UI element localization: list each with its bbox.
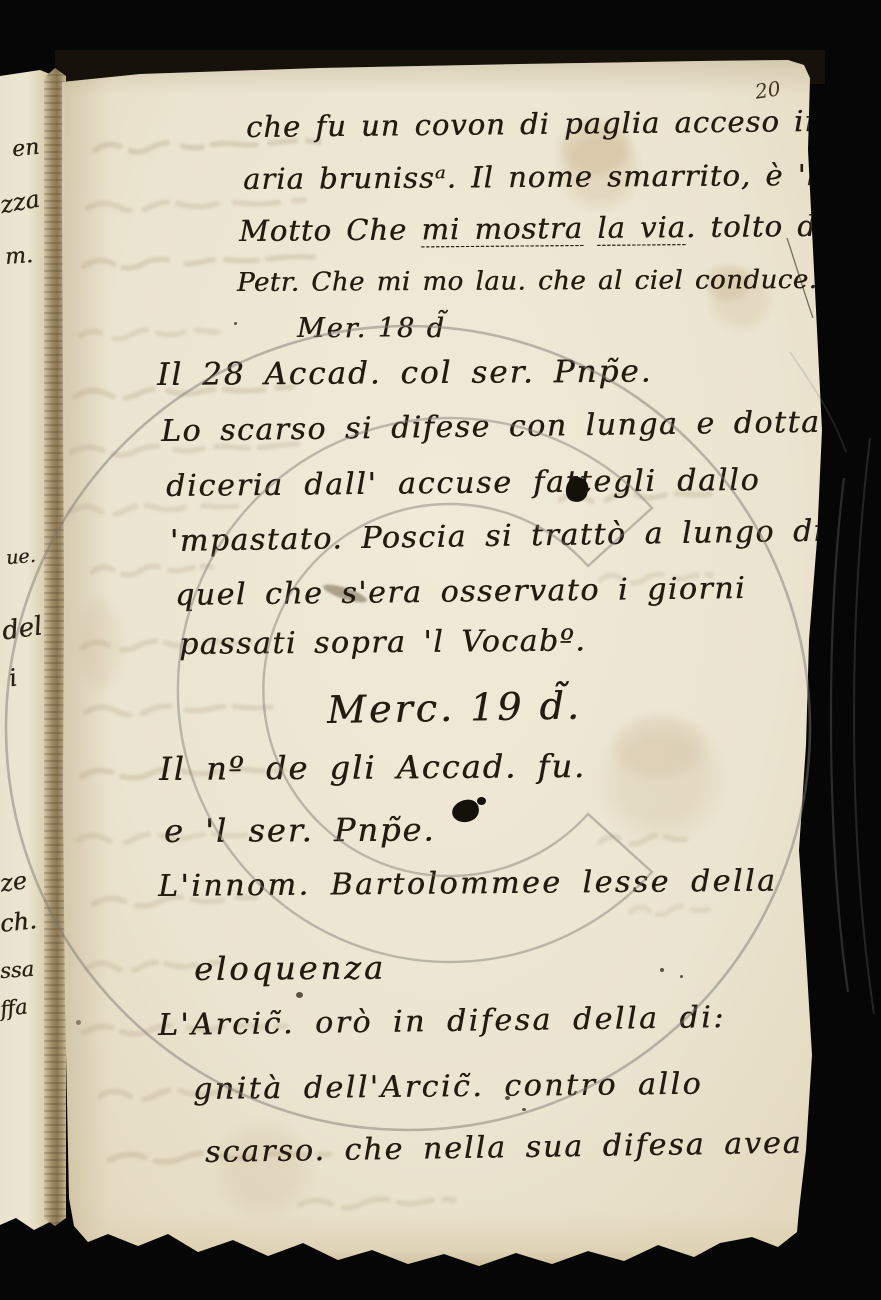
handwritten-line: gnità dell'Arcic̃. contro allo <box>193 1067 703 1107</box>
underlined-motto-words: mi mostra <box>421 211 583 246</box>
page-number: 20 <box>753 76 782 103</box>
manuscript-scan: en zza m. ue. del i ze ch. ssa ffa <box>0 0 881 1300</box>
margin-text-fragment: i <box>7 664 19 693</box>
paper-stain <box>80 600 120 690</box>
handwritten-line: L'innom. Bartolommee lesse della <box>158 864 778 904</box>
handwritten-line: Il nº de gli Accad. fu. <box>159 747 586 788</box>
margin-text-fragment: del <box>0 611 44 646</box>
entry-heading-18: Mer. 18 d̃ <box>297 313 446 344</box>
handwritten-line: aria brunissᵃ. Il nome smarrito, è 'l <box>243 158 817 196</box>
handwritten-line: Petr. Che mi mo lau. che al ciel conduce… <box>237 265 818 298</box>
torn-edge-fringe <box>60 1190 822 1275</box>
entry-heading-19: Merc. 19 d̃. <box>327 684 583 732</box>
ink-speck <box>76 1020 81 1025</box>
handwritten-line: che fu un covon di paglia acceso in <box>246 104 824 144</box>
line-part: Motto Che <box>239 212 422 248</box>
ink-speck <box>296 992 303 998</box>
margin-text-fragment: ch. <box>0 906 38 938</box>
previous-page-edge: en zza m. ue. del i ze ch. ssa ffa <box>0 62 50 1242</box>
margin-text-fragment: zza <box>0 185 42 219</box>
handwritten-line: passati sopra 'l Vocabº. <box>179 623 587 662</box>
ink-speck <box>505 1096 510 1100</box>
neighbor-watermark-arc <box>854 438 874 1014</box>
margin-text-fragment: ffa <box>0 994 29 1021</box>
margin-text-fragment: en <box>11 135 41 163</box>
line-part <box>583 211 598 245</box>
handwritten-line: e 'l ser. Pnp̃e. <box>164 811 436 850</box>
ink-speck <box>522 1108 526 1111</box>
margin-text-fragment: m. <box>4 243 34 270</box>
handwritten-line: diceria dall' accuse fattegli dallo <box>166 463 761 504</box>
underlined-motto-words: la via <box>597 210 686 245</box>
ink-speck <box>234 322 237 325</box>
ink-speck <box>660 968 664 972</box>
handwritten-line: Il 28 Accad. col ser. Pnp̃e. <box>157 354 653 393</box>
margin-text-fragment: ssa <box>0 957 35 983</box>
handwritten-line: eloquenza <box>194 949 386 988</box>
ink-speck <box>680 975 683 978</box>
handwritten-line: quel che s'era osservato i giorni <box>175 571 747 613</box>
neighbor-watermark-arc <box>831 478 848 992</box>
manuscript-page: che fu un covon di paglia acceso in aria… <box>0 0 881 1300</box>
margin-text-fragment: ue. <box>5 545 36 569</box>
line-part: . tolto dal <box>686 209 846 244</box>
margin-text-fragment: ze <box>0 866 29 897</box>
handwritten-line: Motto Che mi mostra la via. tolto dal <box>239 209 846 248</box>
paper-stain <box>615 718 705 778</box>
ink-blot <box>477 797 486 805</box>
